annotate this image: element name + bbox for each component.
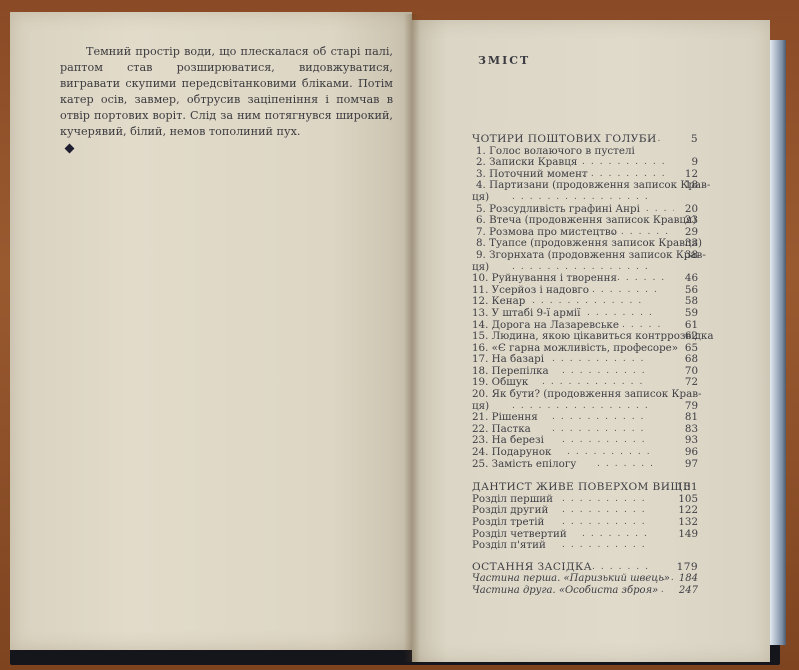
toc-entry: Розділ третій..........132 [472, 517, 698, 529]
toc-entry: 6. Втеча (продовження записок Кравця)23 [472, 215, 698, 227]
toc-entry: Частина друга. «Особиста зброя»..247 [472, 585, 698, 597]
toc-entry: 4. Партизани (продовження записок Крав-1… [472, 180, 698, 192]
toc-entry: 9. Згорнхата (продовження записок Крав-3… [472, 250, 698, 262]
closing-paragraph: Темний простір води, що плескалася об ст… [60, 44, 393, 140]
toc-part-heading: ЧОТИРИ ПОШТОВИХ ГОЛУБИ ..... 5 [472, 134, 698, 146]
toc-entry-continued: ця)................ [472, 192, 698, 204]
toc-entry: 13. У штабі 9-ї армії........59 [472, 308, 698, 320]
toc-entry: 15. Людина, якою цікавиться контррозвідк… [472, 331, 698, 343]
toc-entry: 10. Руйнування і творення......46 [472, 273, 698, 285]
book-gutter [404, 14, 420, 662]
toc-entry: 20. Як бути? (продовження записок Крав- [472, 389, 698, 401]
toc-heading: ЗМІСТ [478, 54, 530, 67]
toc-entry: Розділ п'ятий.......... [472, 540, 698, 552]
toc-entry: Частина перша. «Паризький швець»..184 [472, 573, 698, 585]
toc-part-heading: ОСТАННЯ ЗАСІДКА ....... 179 [472, 562, 698, 574]
toc-entry: 25. Замість епілогу.......97 [472, 459, 698, 471]
table-of-contents: ЧОТИРИ ПОШТОВИХ ГОЛУБИ ..... 5 1. Голос … [472, 126, 698, 597]
toc-entry: 24. Подарунок..........96 [472, 447, 698, 459]
